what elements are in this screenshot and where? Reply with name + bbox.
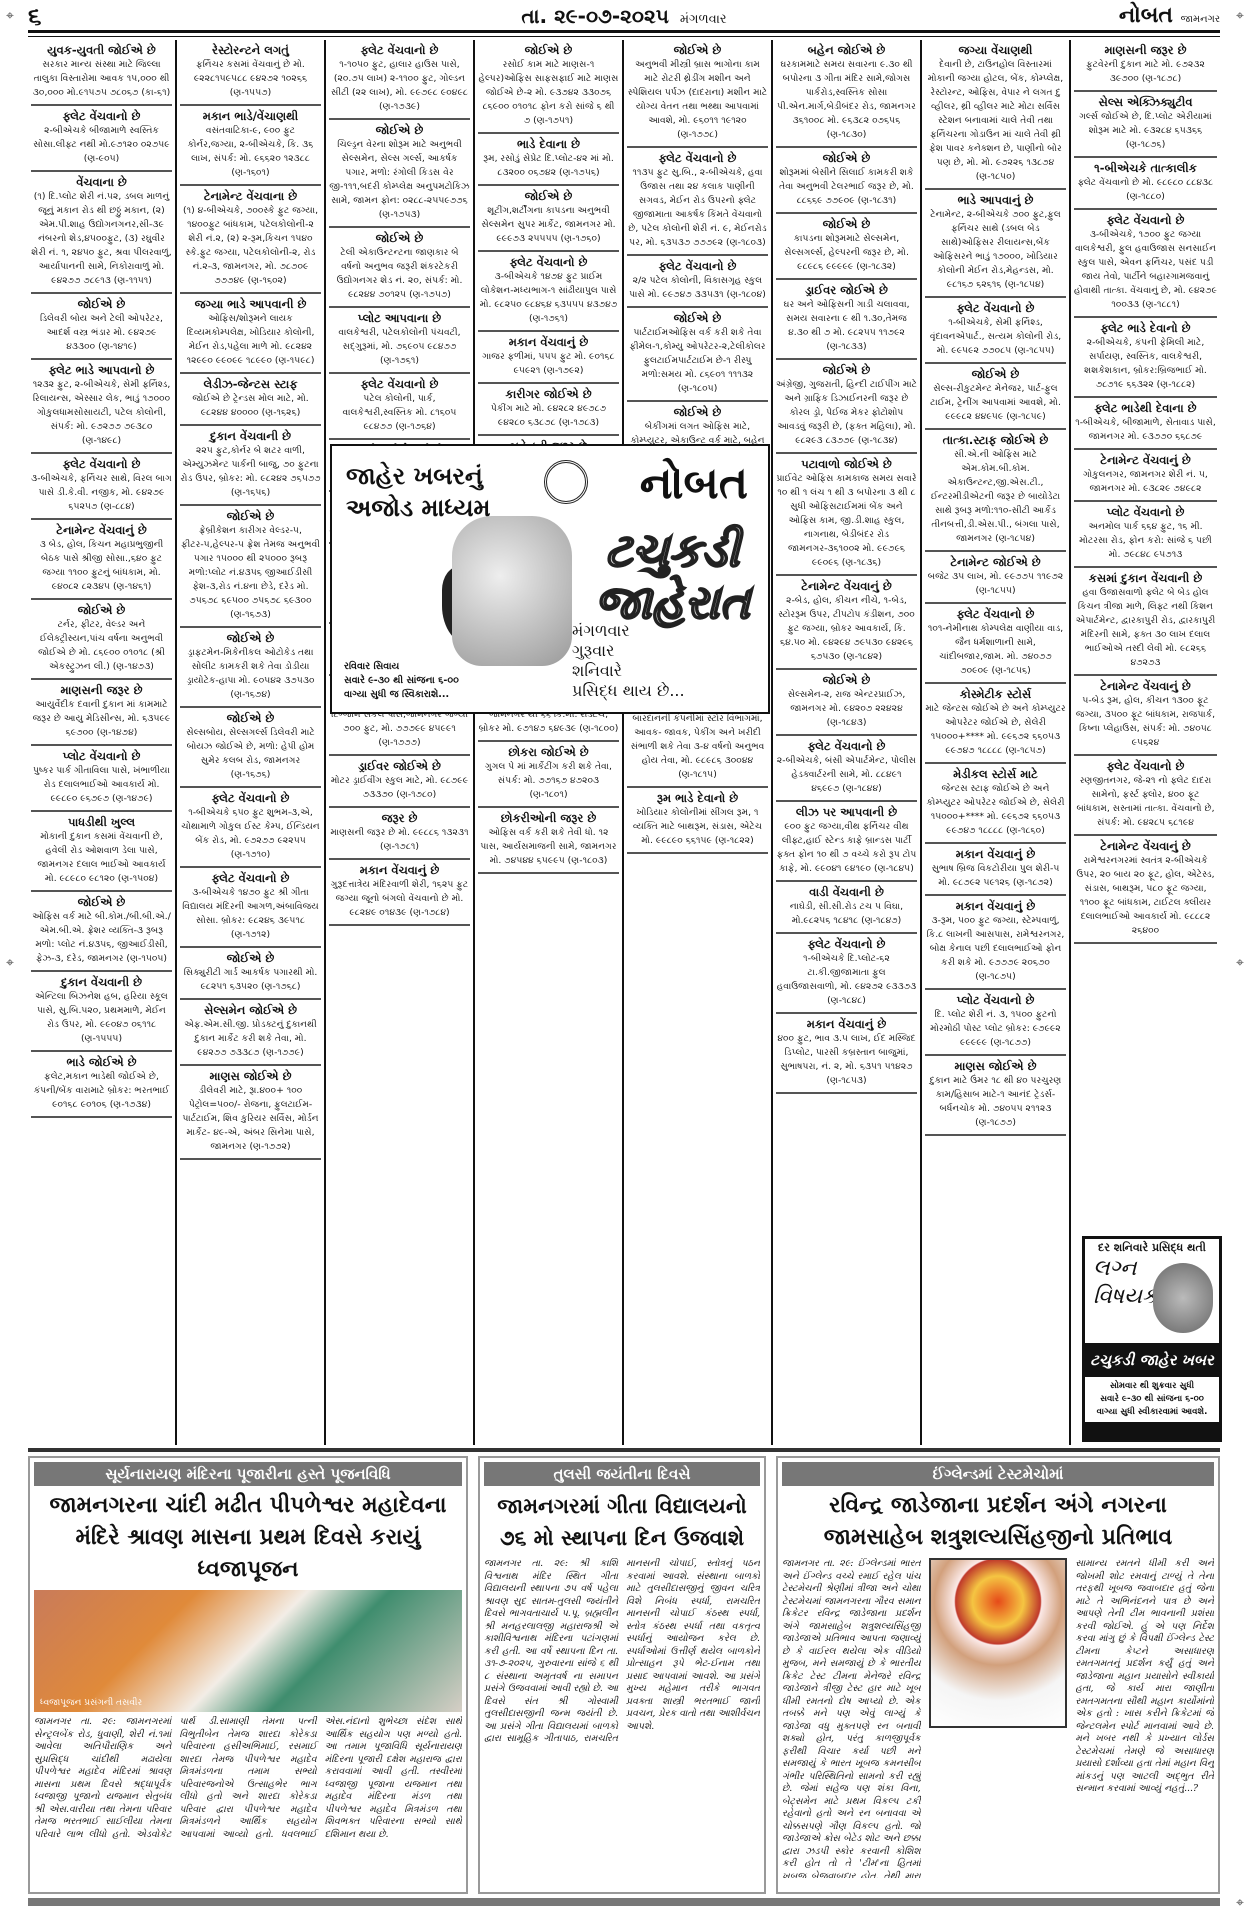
ad-title: જોઈએ છે <box>180 951 321 966</box>
classified-ad: સેલ્સમેન જોઈએ છેએફ.એમ.સી.જી. પ્રોડક્ટનું… <box>180 1000 321 1066</box>
ad-body: સરકાર માન્ય સંસ્થા માટે જિલ્લા તાલુકા વિ… <box>31 58 172 100</box>
lagan-note-line: સોમવાર થી શુક્રવાર સુધી <box>1087 1380 1217 1393</box>
classified-ad: ફ્લેટ વેંચવાનો છે૨-બીએચકે, બંસી એપાર્ટમે… <box>776 736 917 802</box>
publish-day: શનિવારે <box>572 661 685 681</box>
classified-ad: ફ્લેટ વેંચવાનો છે૧-બીએચકે દિ.પ્લોટ-૬૨ ટા… <box>776 934 917 1014</box>
story-content: જામનગર તા. ૨૯: ઈંગ્લેન્ડમાં ભારત અને ઈંગ… <box>782 1558 1214 1878</box>
classified-ad: ફ્લેટ વેંચવાનો છે૧-૧૦૫૦ ફુટ, હાલાર હાઉસ … <box>329 40 470 120</box>
ad-body: ગુગલ પે માં માર્કેટીંગ કરી શકે તેવા, સંપ… <box>478 760 619 802</box>
ad-title: જગ્યા ભાડે આપવાની છે <box>180 297 321 312</box>
ad-title: ટેનામેન્ટ વેંચવાનું છે <box>776 579 917 594</box>
ad-body: સી.એ.ની ઓફિસ માટે એમ.કોમ.બી.કોમ. એકાઉન્ટ… <box>925 448 1066 546</box>
classified-ad: મકાન વેંચવાનું છેગુરૂદત્તાત્રેય મંદિરવાળ… <box>329 860 470 926</box>
ad-body: શોરૂમમાં બેસીને સિલાઈ કામકરી શકે તેવા અન… <box>776 166 917 208</box>
classified-ad: ટેનામેન્ટ જોઈએ છેબજેટ ૩૫ લાખ, મો. ૯૯૭૭૫ … <box>925 552 1066 604</box>
ad-body: ગર્લ્સ જોઈએ છે, દિ.પ્લોટ એરીયામાં શોરૂમ … <box>1074 110 1217 152</box>
ad-title: જોઈએ છે <box>627 405 768 420</box>
classified-ad: જોઈએ છેઓફિસ વર્ક માટે બી.કોમ./બી.બી.એ./ … <box>31 892 172 972</box>
ad-title: મકાન વેંચવાનું છે <box>329 863 470 878</box>
ad-title: જોઈએ છે <box>776 673 917 688</box>
ad-body: એફ.એમ.સી.જી. પ્રોડક્ટનું દુકાનથી દુકાન મ… <box>180 1018 321 1060</box>
ad-body: ૨-બીએચકે બીજામાળે સ્વસ્તિક સોસા.લીફ્ટ નથ… <box>31 124 172 166</box>
ad-title: બહેન જોઈએ છે <box>776 43 917 58</box>
issue-date: તા. ૨૯-૦૭-૨૦૨૫ મંગળવાર <box>28 4 1220 28</box>
ad-body: ઘરકામમાટે સમય સવારના ૯.૩૦ થી બપોરના ૩ ગી… <box>776 58 917 142</box>
promo-title-line: ટચુકડી <box>595 524 750 576</box>
classified-ad: તાત્કા.સ્ટાફ જોઈએ છેસી.એ.ની ઓફિસ માટે એમ… <box>925 430 1066 552</box>
ad-body: મોકાની દુકાન કસમાં વેંચવાની છે, હવેલી રો… <box>31 830 172 886</box>
ad-title: જોઈએ છે <box>31 297 172 312</box>
classified-ad: જોઈએ છેસેલ્સમેન-૨, રાજ એન્ટરપ્રાઈઝ, જામન… <box>776 670 917 736</box>
classified-ad: સેલ્સ એક્ઝિક્યુટીવગર્લ્સ જોઈએ છે, દિ.પ્લ… <box>1074 92 1217 158</box>
ad-title: ડ્રાઈવર જોઈએ છે <box>329 759 470 774</box>
ad-title: જરૂર છે <box>329 811 470 826</box>
ad-title: જોઈએ છે <box>478 189 619 204</box>
classified-ad: ટેનામેન્ટ વેંચવાનું છેગોકુલનગર, જામનગર શ… <box>1074 450 1217 502</box>
ad-title: જોઈએ છે <box>627 43 768 58</box>
ad-body: ફલેટ,મકાન ભાડેથી જોઈએ છે, કંપની/બેંક વાર… <box>31 1070 172 1112</box>
ad-body: ૧-૧૦૫૦ ફુટ, હાલાર હાઉસ પાસે, (૨૦.૭૫ લાખ)… <box>329 58 470 114</box>
brand-emblem-icon <box>544 460 588 504</box>
registration-mark-icon: ⌖ <box>2 8 18 24</box>
classified-ad: ફ્લેટ વેંચવાનો છે૩-બીએચકે, ફર્નિચર સાથે,… <box>31 454 172 520</box>
ad-body: ૩-બીએચકે ૧૪૭૪ ફુટ પ્રાઈમ લોકેશન-મધ્યભાગ-… <box>478 270 619 326</box>
ad-title: દુકાન વેંચવાની છે <box>180 429 321 444</box>
ad-title: પાધડીથી ખુલ્લ <box>31 815 172 830</box>
ad-title: ફ્લેટ વેંચવાનો છે <box>627 259 768 274</box>
ad-title: પ્લોટ આપવાના છે <box>329 311 470 326</box>
ad-body: અનુભવી મીસ્ત્રી બ્રાસ ભાગોના કામ માટે રો… <box>627 58 768 142</box>
ad-body: પટેલ કોલોની, પાર્ક, વાલકેશ્વરી,સ્વસ્તિક … <box>329 392 470 434</box>
ad-body: ૧૦૧-નેમીનાથ કોમ્પલેક્ષ વાણીયા વાડ, જૈન ધ… <box>925 622 1066 678</box>
ad-body: રસોઈ કામ માટે માણસ-૧ હેલ્પર)ઓફિસ સાફસફાઈ… <box>478 58 619 128</box>
ad-body: ૩ બેડ, હોલ, કિચન મહાપ્રભુજીની બેઠક પાસે … <box>31 538 172 594</box>
classified-ad: જોઈએ છેફ્રેબ્રીકેશન કારીગર વેલ્ડર-૫, ફીટ… <box>180 506 321 628</box>
registration-mark-icon: ⌖ <box>1232 1895 1248 1911</box>
story-pipleshwar-mahadev: સૂર્યનારાયણ મંદિરના પૂજારીના હસ્તે પૂજનવ… <box>28 1456 468 1894</box>
classified-column: ફ્લેટ વેંચવાનો છે૧-૧૦૫૦ ફુટ, હાલાર હાઉસ … <box>326 40 475 1445</box>
ad-body: ઓફિસ વર્ક કરી શકે તેવી ધો. ૧૨ પાસ, આર્યસ… <box>478 826 619 868</box>
date-text: તા. ૨૯-૦૭-૨૦૨૫ <box>521 4 669 28</box>
classified-ad: ટેનામેન્ટ વેંચવાનું છે૨-બેડ, હોલ, કીચન ન… <box>776 576 917 670</box>
ad-title: ફ્લેટ વેંચવાનો છે <box>478 255 619 270</box>
ad-title: માણસ જોઈએ છે <box>180 1069 321 1084</box>
ad-body: અનમોલ પાર્ક ૬૬૪ ફુટ, ૧૬ મી. મોટરસા રોડ, … <box>1074 520 1217 562</box>
classified-ad: જોઈએ છેપાર્ટટાઈમઓફિસ વર્ક કરી શકે તેવા ફ… <box>627 308 768 402</box>
ad-body: ૩-બીએચકે ૧૪૭૦ ફુટ શ્રી ગીતા વિદ્યાલય મંદ… <box>180 886 321 942</box>
lagan-top: દર શનિવારે પ્રસિદ્ધ થતી લગ્ન વિષયક <box>1085 1239 1219 1343</box>
ad-body: ટેનામેન્ટ, ૨-બીએચકે ૭૦૦ ફુટ,ફુલ ફર્નિચર … <box>925 208 1066 292</box>
classified-ad: ફ્લેટ વેંચવાનો છે૧૧૩૫ ફુટ સુ.બિ., ૨-બીએચ… <box>627 148 768 256</box>
ad-body: નાઘેડી, સી.સી.રોડ ટચ ૫ વિઘા, મો.૯૮૨૫૬ ૧૮… <box>776 900 917 928</box>
ad-title: ૧-બીએચકે તાત્કાલીક <box>1074 161 1217 176</box>
classified-ad: રેસ્ટોરન્ટને લગતુંફર્નિચર કસમાં વેંચવાનુ… <box>180 40 321 106</box>
ad-body: સુભાષ બ્રિજ વિકટોરીયા પુલ શેરી-૫ મો. ૯૮૭… <box>925 862 1066 890</box>
ad-title: ફ્લેટ વેંચવાનો છે <box>1074 759 1217 774</box>
ad-title: જોઈએ છે <box>180 631 321 646</box>
ad-body: ૧-બીએચકે દિ.પ્લોટ-૬૨ ટા.કી.જીજામાતા ફુલ … <box>776 952 917 1008</box>
ad-body: રામેશ્વરનગરમાં સ્વતંત્ર ૨-બીએચકે ઉપર, ૨૦… <box>1074 854 1217 938</box>
ad-title: જોઈએ છે <box>776 217 917 232</box>
ad-title: જોઈએ છે <box>627 311 768 326</box>
classified-ad: જોઈએ છેટર્નર, ફીટર, વેલ્ડર અને ઈલેક્ટ્રી… <box>31 600 172 680</box>
registration-mark-icon: ⌖ <box>2 955 18 971</box>
ad-title: જોઈએ છે <box>776 363 917 378</box>
tachukdi-jaherat-promo: જાહેર ખબરનું અજોડ માધ્યમ નોબત ટચુકડી જાહ… <box>330 444 770 714</box>
ad-title: ફ્લેટ વેંચવાનો છે <box>776 739 917 754</box>
ad-body: (૧) ૪-બીએચકે, ૭૦૦સ્કે ફુટ જગ્યા, ૧૪૦૦ફુટ… <box>180 204 321 288</box>
classified-ad: લેડીઝ-જેન્ટસ સ્ટાફજોઈએ છે ટ્રેન્ડસ મોલ મ… <box>180 374 321 426</box>
classified-ad: પ્લોટ વેંચવાનો છેપુષ્કર પાર્ક ગીતાવિલા પ… <box>31 746 172 812</box>
classified-ad: જોઈએ છેસેલ્સબોય, સેલ્સગર્લ્સ ડિલેવરી માટ… <box>180 708 321 788</box>
ad-title: પ્લોટ વેંચવાનો છે <box>31 749 172 764</box>
classified-ad: ફ્લેટ ભાડે આપવાનો છે૧૨૩૨ ફુટ, ૨-બીએચકે, … <box>31 360 172 454</box>
thumbs-up-icon <box>452 516 572 666</box>
classified-ad: ડ્રાઈવર જોઈએ છેમોટર ડ્રાઈવીંગ સ્કુલ માટે… <box>329 756 470 808</box>
classified-ad: ભાડે જોઈએ છેફલેટ,મકાન ભાડેથી જોઈએ છે, કં… <box>31 1052 172 1118</box>
story-headline: રવિન્દ્ર જાડેજાના પ્રદર્શન અંગે નગરના જા… <box>782 1486 1214 1558</box>
ad-title: મકાન વેંચવાનું છે <box>776 1017 917 1032</box>
ad-title: ફ્લેટ ભાડે દેવાનો છે <box>1074 321 1217 336</box>
ad-title: દુકાન વેંચવાની છે <box>31 975 172 990</box>
lagan-note-line: સવારે ૯-૩૦ થી સાંજના ૬-૦૦ <box>1087 1393 1217 1406</box>
ad-body: વસંતવાટિકા-૯, ૯૦૦ ફુટ કોર્નર,જગ્યા, ૨-બી… <box>180 124 321 180</box>
promo-note-line: વાગ્યા સુધી જ સ્વિકારાશે... <box>344 688 459 702</box>
lagan-header: દર શનિવારે પ્રસિદ્ધ થતી <box>1087 1241 1217 1255</box>
classified-ad: ટેનામેન્ટ વેંચવાનું છેરામેશ્વરનગરમાં સ્વ… <box>1074 836 1217 944</box>
classified-ad: માણસની જરૂર છેઆયુર્વેદીક દવાની દુકાન માં… <box>31 680 172 746</box>
ad-title: જોઈએ છે <box>180 711 321 726</box>
classified-ad: દુકાન વેંચવાની છે૨૨૫ ફુટ,કોર્નર બે શટર વ… <box>180 426 321 506</box>
weekday-text: મંગળવાર <box>680 12 727 27</box>
ad-body: ૯૦૦ ફુટ જગ્યા,વીથ ફર્નિચર વીથ લીફ્ટ,હાઈ … <box>776 820 917 876</box>
newspaper-logo: નોબત જામનગર <box>1119 2 1220 28</box>
ad-body: ૨-બીએચકે, કંપની ફેમિલી માટે, સર્પાયણ, સ્… <box>1074 336 1217 392</box>
classified-ad: ફ્લેટ વેંચવાનો છેરણજીતનગર, જે-૨૧ નો ફ્લે… <box>1074 756 1217 836</box>
classified-column: યુવક-યુવતી જોઈએ છેસરકાર માન્ય સંસ્થા માટ… <box>28 40 177 1445</box>
registration-mark-icon: ⌖ <box>1232 955 1248 971</box>
ad-title: કોસ્મેટીક સ્ટોર્સ <box>925 687 1066 702</box>
classified-ad: ફ્લેટ વેંચવાનો છે૩-બીએચકે ૧૪૭૪ ફુટ પ્રાઈ… <box>478 252 619 332</box>
classified-ad: કોસ્મેટીક સ્ટોર્સમાટે જેન્ટસ જોઈએ છે અને… <box>925 684 1066 764</box>
classified-ad: ફ્લેટ વેંચવાનો છે૨/૨ પટેલ કોલોની, વિકાસગ… <box>627 256 768 308</box>
story-center <box>929 1558 1068 1878</box>
story-gita-vidyalay: તુલસી જયંતીના દિવસે જામનગરમાં ગીતા વિદ્ય… <box>478 1456 766 1894</box>
ad-body: ડ્રાફટમેન-મિકેનીકલ ઓટોકેડ તથા સોલીટ કામક… <box>180 646 321 702</box>
ad-body: ખોડિયાર કોલોનીમાં સીંગલ રૂમ, ૧ વ્યક્તિ મ… <box>627 806 768 848</box>
ad-title: પ્લોટ વેંચવાનો છે <box>925 993 1066 1008</box>
ad-body: ૨૨૫ ફુટ,કોર્નર બે શટર વાળી, એમ્યુઝમેન્ટ … <box>180 444 321 500</box>
publish-day: મંગળવાર <box>572 621 685 641</box>
ad-body: ટર્નર, ફીટર, વેલ્ડર અને ઈલેક્ટ્રીસ્યન,પા… <box>31 618 172 674</box>
publish-day: પ્રસિદ્ધ થાય છે... <box>572 681 685 701</box>
classified-ad: મેડીકલ સ્ટોર્સ માટેજેન્ટસ સ્ટાફ જોઈએ છે … <box>925 764 1066 844</box>
story-photo: ધ્વજાપૂજન પ્રસંગની તસવીર <box>34 1590 462 1712</box>
classified-ad: જોઈએ છેઅંગ્રેજી, ગુજરાતી, હિન્દી ટાઈપીંગ… <box>776 360 917 454</box>
ad-title: ફ્લેટ વેંચવાનો છે <box>627 151 768 166</box>
promo-note: રવિવાર સિવાય સવારે ૯-૩૦ થી સાંજના ૬-૦૦ વ… <box>344 660 459 702</box>
ad-body: અંગ્રેજી, ગુજરાતી, હિન્દી ટાઈપીંગ માટે અ… <box>776 378 917 448</box>
ad-title: ટેનામેન્ટ વેંચવાના છે <box>180 189 321 204</box>
ad-body: ઓફિસ/શોરૂમને લાયક દિવ્યમકોમ્પલેક્ષ, ખોડિ… <box>180 312 321 368</box>
ad-title: વાડી વેંચવાની છે <box>776 885 917 900</box>
ad-body: દેવાની છે, ટાઉનહોલ વિસ્તારમાં મોકાની જગ્… <box>925 58 1066 184</box>
header-rule <box>28 36 1220 37</box>
promo-title: ટચુકડી જાહેરાત <box>595 524 750 628</box>
ad-title: જગ્યા વેંચાણથી <box>925 43 1066 58</box>
ad-body: ૧૨૩૨ ફુટ, ૨-બીએચકે, સેમી ફર્નિશ્ડ, રિલાય… <box>31 378 172 448</box>
ad-title: ફ્લેટ વેંચવાનો છે <box>329 377 470 392</box>
ad-body: મોટર ડ્રાઈવીંગ સ્કુલ માટે, મો. ૯૮૭૯૯ ૭૩૩… <box>329 774 470 802</box>
ad-body: ૩-બીએચકે, ૧૭૦૦ ફુટ જગ્યા વાલકેશ્વરી, ફુલ… <box>1074 228 1217 312</box>
ad-title: મકાન વેંચવાનું છે <box>925 847 1066 862</box>
ad-title: લીઝ પર આપવાની છે <box>776 805 917 820</box>
story-body: જામનગર તા. ૨૯: જામનગરમાં સેન્ટ્રલબેંક રો… <box>34 1716 462 1886</box>
classified-ad: જોઈએ છેશોરૂમમાં બેસીને સિલાઈ કામકરી શકે … <box>776 148 917 214</box>
ad-body: બારદાનની કંપનીમાં સ્ટોર વિભાગમાં, આવક- જ… <box>627 712 768 782</box>
ad-body: જેન્ટસ સ્ટાફ જોઈએ છે અને કોમ્પ્યુટર ઓપરે… <box>925 782 1066 838</box>
classified-ad: જરૂર છેમાણસની જરૂર છે મો. ૯૯૮૮૬ ૧૩૨૩૧ (ણ… <box>329 808 470 860</box>
ad-body: ઘર અને ઓફિસની ગાડી ચલાવવા, સમય સવારના ૯ … <box>776 298 917 354</box>
ad-title: મેડીકલ સ્ટોર્સ માટે <box>925 767 1066 782</box>
ad-title: છોકરીઓની જરૂર છે <box>478 811 619 826</box>
ad-title: સેલ્સ એક્ઝિક્યુટીવ <box>1074 95 1217 110</box>
ad-title: ભાડે જોઈએ છે <box>31 1055 172 1070</box>
classified-ad: લીઝ પર આપવાની છે૯૦૦ ફુટ જગ્યા,વીથ ફર્નિચ… <box>776 802 917 882</box>
ad-body: ૩-બીએચકે, ફર્નિચર સાથે, વિરલ બાગ પાસે ડી… <box>31 472 172 514</box>
ad-title: જોઈએ છે <box>31 603 172 618</box>
ad-title: ફ્લેટ વેંચવાનો છે <box>31 457 172 472</box>
classified-ad: યુવક-યુવતી જોઈએ છેસરકાર માન્ય સંસ્થા માટ… <box>31 40 172 106</box>
ad-title: રેસ્ટોરન્ટને લગતું <box>180 43 321 58</box>
lagan-note-line: વાગ્યા સુધી સ્વીકારવામાં આવશે. <box>1087 1406 1217 1419</box>
couple-kalash-illustration <box>1153 1263 1213 1333</box>
ad-body: સિક્યુરીટી ગાર્ડ આકર્ષક પગારથી મો. ૯૮૨૫૧… <box>180 966 321 994</box>
story-body-right: સામાન્ય રમતને ધીમી કરી અને જોખમી શોટ રમવ… <box>1075 1558 1214 1878</box>
classified-ad: પ્લોટ આપવાના છેવાલકેશ્વરી, પટેલકોલોની પં… <box>329 308 470 374</box>
ad-body: ડિલેવરી બોય અને ટેલી ઓપરેટર, આદર્શ વસ્ત્… <box>31 312 172 354</box>
classified-ad: બહેન જોઈએ છેઘરકામમાટે સમય સવારના ૯.૩૦ થી… <box>776 40 917 148</box>
classified-ad: ટેનામેન્ટ વેંચવાનું છે૫-બેડ રૂમ, હોલ, કી… <box>1074 676 1217 756</box>
ad-body: ૧૧૩૫ ફુટ સુ.બિ., ૨-બીએચકે, હવા ઉજાસ તથા … <box>627 166 768 250</box>
ad-body: ૧-બીએચકે, બીજામાળે, સેતાવાડ પાસે, જામનગર… <box>1074 416 1217 444</box>
story-kicker: ઈંગ્લેન્ડમાં ટેસ્ટમેચોમાં <box>782 1462 1214 1486</box>
ad-title: ફ્લેટ વેંચવાનો છે <box>925 607 1066 622</box>
ad-body: ફ્લેટ વેંચવાનો છે મો. ૯૮૯૮૦ ૮૮૪૩૮ (ણ-૧૮૮… <box>1074 176 1217 204</box>
classified-ad: જોઈએ છેટેલી એકાઉન્ટન્ટના જાણકાર બે વર્ષન… <box>329 228 470 308</box>
classified-ad: માણસ જોઈએ છેડીલેવરી માટે, રૂા.૪૦૦+ ૧૦૦ પ… <box>180 1066 321 1160</box>
ad-body: ઓફિસ વર્ક માટે બી.કોમ./બી.બી.એ./ એમ.બી.એ… <box>31 910 172 966</box>
story-kicker: તુલસી જયંતીના દિવસે <box>484 1462 760 1486</box>
story-kicker: સૂર્યનારાયણ મંદિરના પૂજારીના હસ્તે પૂજનવ… <box>34 1462 462 1486</box>
footer-rule <box>28 1898 1220 1906</box>
story-headline: જામનગરમાં ગીતા વિદ્યાલયનો ૭૬ મો સ્થાપના … <box>484 1486 760 1558</box>
ad-title: ફ્લેટ વેંચવાનો છે <box>776 937 917 952</box>
classified-ad: પાધડીથી ખુલ્લમોકાની દુકાન કસમાં વેંચવાની… <box>31 812 172 892</box>
classified-ad: ફ્લેટ વેંચવાનો છે૨-બીએચકે બીજામાળે સ્વસ્… <box>31 106 172 172</box>
ad-title: જોઈએ છે <box>776 151 917 166</box>
ad-title: ફ્લેટ વેંચવાનો છે <box>329 43 470 58</box>
ad-title: ડ્રાઈવર જોઈએ છે <box>776 283 917 298</box>
classified-ad: જોઈએ છેઅનુભવી મીસ્ત્રી બ્રાસ ભાગોના કામ … <box>627 40 768 148</box>
ad-body: ૨/૨ પટેલ કોલોની, વિકાસગૃહ સ્કુલ પાસે મો.… <box>627 274 768 302</box>
ad-title: સેલ્સમેન જોઈએ છે <box>180 1003 321 1018</box>
publish-days: મંગળવાર ગુરૂવાર શનિવારે પ્રસિદ્ધ થાય છે.… <box>572 621 685 701</box>
classified-ad: પટાવાળો જોઈએ છેપ્રાઈવેટ ઓફિસ કામકાજ સમય … <box>776 454 917 576</box>
ad-title: ભાડે આપવાનું છે <box>925 193 1066 208</box>
classified-ad: મકાન ભાડે/વેંચાણથીવસંતવાટિકા-૯, ૯૦૦ ફુટ … <box>180 106 321 186</box>
ad-title: ફ્લેટ વેંચવાનો છે <box>180 791 321 806</box>
ad-body: ૫-બેડ રૂમ, હોલ, કીચન ૧૩૦૦ ફૂટ જગ્યા, ૩૫૦… <box>1074 694 1217 750</box>
ad-title: છોકરા જોઈએ છે <box>478 745 619 760</box>
classifieds-section: યુવક-યુવતી જોઈએ છેસરકાર માન્ય સંસ્થા માટ… <box>28 40 1220 1445</box>
classified-column: બહેન જોઈએ છેઘરકામમાટે સમય સવારના ૯.૩૦ થી… <box>773 40 922 1445</box>
ad-title: પટાવાળો જોઈએ છે <box>776 457 917 472</box>
ad-title: માણસની જરૂર છે <box>1074 43 1217 58</box>
classified-column: જોઈએ છેઅનુભવી મીસ્ત્રી બ્રાસ ભાગોના કામ … <box>624 40 773 1445</box>
classified-ad: જગ્યા ભાડે આપવાની છેઓફિસ/શોરૂમને લાયક દિ… <box>180 294 321 374</box>
ad-title: કસમાં દુકાન વેંચવાની છે <box>1074 571 1217 586</box>
ad-body: ટેલી એકાઉન્ટન્ટના જાણકાર બે વર્ષનો અનુભવ… <box>329 246 470 302</box>
ad-body: ગુરૂદત્તાત્રેય મંદિરવાળી શેરી, ૧૬૨૫ ફુટ … <box>329 878 470 920</box>
promo-note-line: સવારે ૯-૩૦ થી સાંજના ૬-૦૦ <box>344 674 459 688</box>
ad-body: ફુટવેરની દુકાન માટે મો. ૯૭૨૩૨ ૩૯૭૦૦ (ણ-૧… <box>1074 58 1217 86</box>
story-jadeja-jamsaheb: ઈંગ્લેન્ડમાં ટેસ્ટમેચોમાં રવિન્દ્ર જાડેજ… <box>776 1456 1220 1894</box>
ad-title: માણસની જરૂર છે <box>31 683 172 698</box>
classified-ad: પ્લોટ વેંચવાનો છેઅનમોલ પાર્ક ૬૬૪ ફુટ, ૧૬… <box>1074 502 1217 568</box>
ad-body: માટે જેન્ટસ જોઈએ છે અને કોમ્પ્યુટર ઓપરેટ… <box>925 702 1066 758</box>
ad-body: પાર્ટટાઈમઓફિસ વર્ક કરી શકે તેવા ફીમેલ-૧,… <box>627 326 768 396</box>
classified-ad: ફ્લેટ વેંચવાનો છે૧-બીએચકે ૬૫૦ ફુટ શુભમ-૩… <box>180 788 321 868</box>
ad-body: પ્રાઈવેટ ઓફિસ કામકાજ સમય સવારે ૧૦ થી ૧ લ… <box>776 472 917 570</box>
ad-body: દુકાન માટે ઉંમર ૧૮ થી ૪૦ પરચુરણ કામ/હિસા… <box>925 1074 1066 1130</box>
ad-title: રૂમ ભાડે દેવાનો છે <box>627 791 768 806</box>
ad-title: જોઈએ છે <box>31 895 172 910</box>
lagan-vishayak-ad: દર શનિવારે પ્રસિદ્ધ થતી લગ્ન વિષયક ટચુકડ… <box>1082 1236 1222 1442</box>
section-divider <box>28 1448 1220 1452</box>
masthead: ૬ તા. ૨૯-૦૭-૨૦૨૫ મંગળવાર નોબત જામનગર <box>28 0 1220 34</box>
classified-ad: ફ્લેટ વેંચવાનો છે૩-બીએચકે, ૧૭૦૦ ફુટ જગ્ય… <box>1074 210 1217 318</box>
ad-body: ૧-બીએચકે ૬૫૦ ફુટ શુભમ-૩,એ, ચોથામાળે ગોકુ… <box>180 806 321 862</box>
publish-day: ગુરૂવાર <box>572 641 685 661</box>
classified-ad: જગ્યા વેંચાણથીદેવાની છે, ટાઉનહોલ વિસ્તાર… <box>925 40 1066 190</box>
ad-title: જોઈએ છે <box>329 231 470 246</box>
ad-body: વાલકેશ્વરી, પટેલકોલોની પંચવટી, સદ્ગુરૂમા… <box>329 326 470 368</box>
ad-body: રૂમ, રસોડું સેપ્રેટ દિ.પ્લોટ-૪૨ માં મો. … <box>478 152 619 180</box>
classified-ad: વેંચવાના છે(૧) દિ.પ્લોટ શેરી નં.૫૨, ડબલ … <box>31 172 172 294</box>
classified-ad: ૧-બીએચકે તાત્કાલીકફ્લેટ વેંચવાનો છે મો. … <box>1074 158 1217 210</box>
classified-ad: જોઈએ છેડ્રાફટમેન-મિકેનીકલ ઓટોકેડ તથા સોલ… <box>180 628 321 708</box>
ad-body: ડીલેવરી માટે, રૂા.૪૦૦+ ૧૦૦ પેટ્રોલ=૫૦૦/-… <box>180 1084 321 1154</box>
ad-title: મકાન વેંચવાનું છે <box>925 899 1066 914</box>
classified-ad: ફ્લેટ ભાડેથી દેવાના છે૧-બીએચકે, બીજામાળે… <box>1074 398 1217 450</box>
ad-body: ૪૦૦ ફુટ, ભાવ ૩.૫ લાખ, ઈદ મસ્જિદ ડિપ્લોટ,… <box>776 1032 917 1088</box>
ad-body: સેલ્સબોય, સેલ્સગર્લ્સ ડિલેવરી માટે બોયઝ … <box>180 726 321 782</box>
promo-brand: નોબત <box>640 458 748 509</box>
classified-ad: મકાન વેંચવાનું છેસુભાષ બ્રિજ વિકટોરીયા પ… <box>925 844 1066 896</box>
lagan-subtitle: ટચુકડી જાહેર ખબર <box>1085 1343 1219 1377</box>
story-headline: જામનગરના ચાંદી મઢીત પીપળેશ્વર મહાદેવના મ… <box>34 1486 462 1590</box>
ad-body: પુષ્કર પાર્ક ગીતાવિલા પાસે, ખંભાળીયા રોડ… <box>31 764 172 806</box>
ad-body: માણસની જરૂર છે મો. ૯૯૮૮૬ ૧૩૨૩૧ (ણ-૧૭૮૧) <box>329 826 470 854</box>
ad-title: પ્લોટ વેંચવાનો છે <box>1074 505 1217 520</box>
ad-body: ૩-રૂમ, ૫૦૦ ફુટ જગ્યા, સ્ટેમ્પવાળું, કિ.૮… <box>925 914 1066 984</box>
classified-ad: છોકરા જોઈએ છેગુગલ પે માં માર્કેટીંગ કરી … <box>478 742 619 808</box>
classified-ad: ટેનામેન્ટ વેંચવાનું છે૩ બેડ, હોલ, કિચન મ… <box>31 520 172 600</box>
classified-ad: કસમાં દુકાન વેંચવાની છેહવા ઉજાસવાળો ફ્લે… <box>1074 568 1217 676</box>
classified-column: માણસની જરૂર છેફુટવેરની દુકાન માટે મો. ૯૭… <box>1071 40 1220 1445</box>
classified-ad: મકાન વેંચવાનું છે૪૦૦ ફુટ, ભાવ ૩.૫ લાખ, ઈ… <box>776 1014 917 1094</box>
classified-ad: વાડી વેંચવાની છેનાઘેડી, સી.સી.રોડ ટચ ૫ વ… <box>776 882 917 934</box>
ad-title: તાત્કા.સ્ટાફ જોઈએ છે <box>925 433 1066 448</box>
ad-title: ફ્લેટ વેંચવાનો છે <box>180 871 321 886</box>
ad-title: યુવક-યુવતી જોઈએ છે <box>31 43 172 58</box>
classified-column: રેસ્ટોરન્ટને લગતુંફર્નિચર કસમાં વેંચવાનુ… <box>177 40 326 1445</box>
classified-ad: જોઈએ છેચિલ્ડ્રન વેરના શોરૂમ માટે અનુભવી … <box>329 120 470 228</box>
classified-ad: ફ્લેટ વેંચવાનો છે૧૦૧-નેમીનાથ કોમ્પલેક્ષ … <box>925 604 1066 684</box>
classified-ad: ભાડે દેવાના છેરૂમ, રસોડું સેપ્રેટ દિ.પ્લ… <box>478 134 619 186</box>
classified-ad: ફ્લેટ વેંચવાનો છે૧-બીએચકે, સેમી ફર્નિશ્ડ… <box>925 298 1066 364</box>
ad-body: ફર્નિચર કસમાં વેંચવાનું છે મો. ૯૨૨૮૧૫૯૫૮… <box>180 58 321 100</box>
ad-title: કારીગર જોઈએ છે <box>478 387 619 402</box>
ad-title: મકાન ભાડે/વેંચાણથી <box>180 109 321 124</box>
ad-body: હવા ઉજાસવાળો ફ્લેટ બે બેડ હોલ કિચન ત્રીજ… <box>1074 586 1217 670</box>
ad-body: એન્ટિલા બિઝનેશ હબ, હરિયા સ્કૂલ પાસે, સુ.… <box>31 990 172 1046</box>
ad-body: સેલ્સમેન-૨, રાજ એન્ટરપ્રાઈઝ, જામનગર મો. … <box>776 688 917 730</box>
ad-body: ગોકુલનગર, જામનગર શેરી નં. ૫, જામનગર મો. … <box>1074 468 1217 496</box>
classified-ad: રૂમ ભાડે દેવાનો છેખોડિયાર કોલોનીમાં સીંગ… <box>627 788 768 854</box>
logo-city: જામનગર <box>1181 14 1220 25</box>
classified-ad: પ્લોટ વેંચવાનો છેદિ. પ્લોટ શેરી નં. ૩, ૧… <box>925 990 1066 1056</box>
classified-ad: માણસની જરૂર છેફુટવેરની દુકાન માટે મો. ૯૭… <box>1074 40 1217 92</box>
classified-ad: જોઈએ છેકાપડના શોરૂમમાટે સેલ્સમેન, સેલ્સગ… <box>776 214 917 280</box>
ad-title: ફ્લેટ વેંચવાનો છે <box>925 301 1066 316</box>
ad-body: સેલ્સ-રીકુટમેન્ટ મેનેજર, પાર્ટ-ફુલ ટાઈમ,… <box>925 382 1066 424</box>
classified-ad: જોઈએ છેરસોઈ કામ માટે માણસ-૧ હેલ્પર)ઓફિસ … <box>478 40 619 134</box>
classified-ad: મકાન વેંચવાનું છે૩-રૂમ, ૫૦૦ ફુટ જગ્યા, સ… <box>925 896 1066 990</box>
classified-ad: ફ્લેટ ભાડે દેવાનો છે૨-બીએચકે, કંપની ફેમિ… <box>1074 318 1217 398</box>
ad-body: કાપડના શોરૂમમાટે સેલ્સમેન, સેલ્સગર્લ્સ, … <box>776 232 917 274</box>
ad-title: ફ્લેટ વેંચવાનો છે <box>31 109 172 124</box>
ad-title: ટેનામેન્ટ વેંચવાનું છે <box>1074 453 1217 468</box>
ad-body: ગાજર ફળીમાં, ૫૫૫ ફુટ મો. ૯૦૧૬૮ ૯૫૯૨૧ (ણ-… <box>478 350 619 378</box>
classified-ad: જોઈએ છેસિક્યુરીટી ગાર્ડ આકર્ષક પગારથી મો… <box>180 948 321 1000</box>
photo-caption: ધ્વજાપૂજન પ્રસંગની તસવીર <box>40 1698 142 1708</box>
ad-body: રણજીતનગર, જે-૨૧ નો ફ્લેટ દાદરા સામેનો, ફ… <box>1074 774 1217 830</box>
ad-title: જોઈએ છે <box>925 367 1066 382</box>
classified-ad: જોઈએ છેડિલેવરી બોય અને ટેલી ઓપરેટર, આદર્… <box>31 294 172 360</box>
ad-title: ભાડે દેવાના છે <box>478 137 619 152</box>
story-body: જામનગર તા. ૨૯: શ્રી કાશિ વિશ્વનાથ મંદિર … <box>484 1558 760 1876</box>
ad-body: ૨-બીએચકે, બંસી એપાર્ટમેન્ટ, પોલીસ હેડક્વ… <box>776 754 917 796</box>
classified-ad: ફ્લેટ વેંચવાનો છે૩-બીએચકે ૧૪૭૦ ફુટ શ્રી … <box>180 868 321 948</box>
classified-ad: ભાડે આપવાનું છેટેનામેન્ટ, ૨-બીએચકે ૭૦૦ ફ… <box>925 190 1066 298</box>
classified-column: જગ્યા વેંચાણથીદેવાની છે, ટાઉનહોલ વિસ્તાર… <box>922 40 1071 1445</box>
ad-title: ફ્લેટ ભાડેથી દેવાના છે <box>1074 401 1217 416</box>
story-body-left: જામનગર તા. ૨૯: ઈંગ્લેન્ડમાં ભારત અને ઈંગ… <box>782 1558 921 1878</box>
classified-ad: જોઈએ છેસેલ્સ-રીકુટમેન્ટ મેનેજર, પાર્ટ-ફુ… <box>925 364 1066 430</box>
classified-ad: જોઈએ છેશૂટીંગ,શર્ટીંગના કાપડના અનુભવી સે… <box>478 186 619 252</box>
ad-title: ટેનામેન્ટ જોઈએ છે <box>925 555 1066 570</box>
jamsaheb-portrait <box>929 1558 1068 1728</box>
ad-body: ફ્રેબ્રીકેશન કારીગર વેલ્ડર-૫, ફીટર-૫,હેલ… <box>180 524 321 622</box>
ad-body: દિ. પ્લોટ શેરી નં. ૩, ૧૫૦૦ ફુટનો મોરમોઠી… <box>925 1008 1066 1050</box>
ad-body: ચિલ્ડ્રન વેરના શોરૂમ માટે અનુભવી સેલ્સમે… <box>329 138 470 222</box>
classified-ad: મકાન વેંચવાનું છેગાજર ફળીમાં, ૫૫૫ ફુટ મો… <box>478 332 619 384</box>
ad-title: લેડીઝ-જેન્ટસ સ્ટાફ <box>180 377 321 392</box>
ad-body: આયુર્વેદીક દવાની દુકાન માં કામમાટે જરૂર … <box>31 698 172 740</box>
classified-ad: માણસ જોઈએ છેદુકાન માટે ઉંમર ૧૮ થી ૪૦ પરચ… <box>925 1056 1066 1136</box>
